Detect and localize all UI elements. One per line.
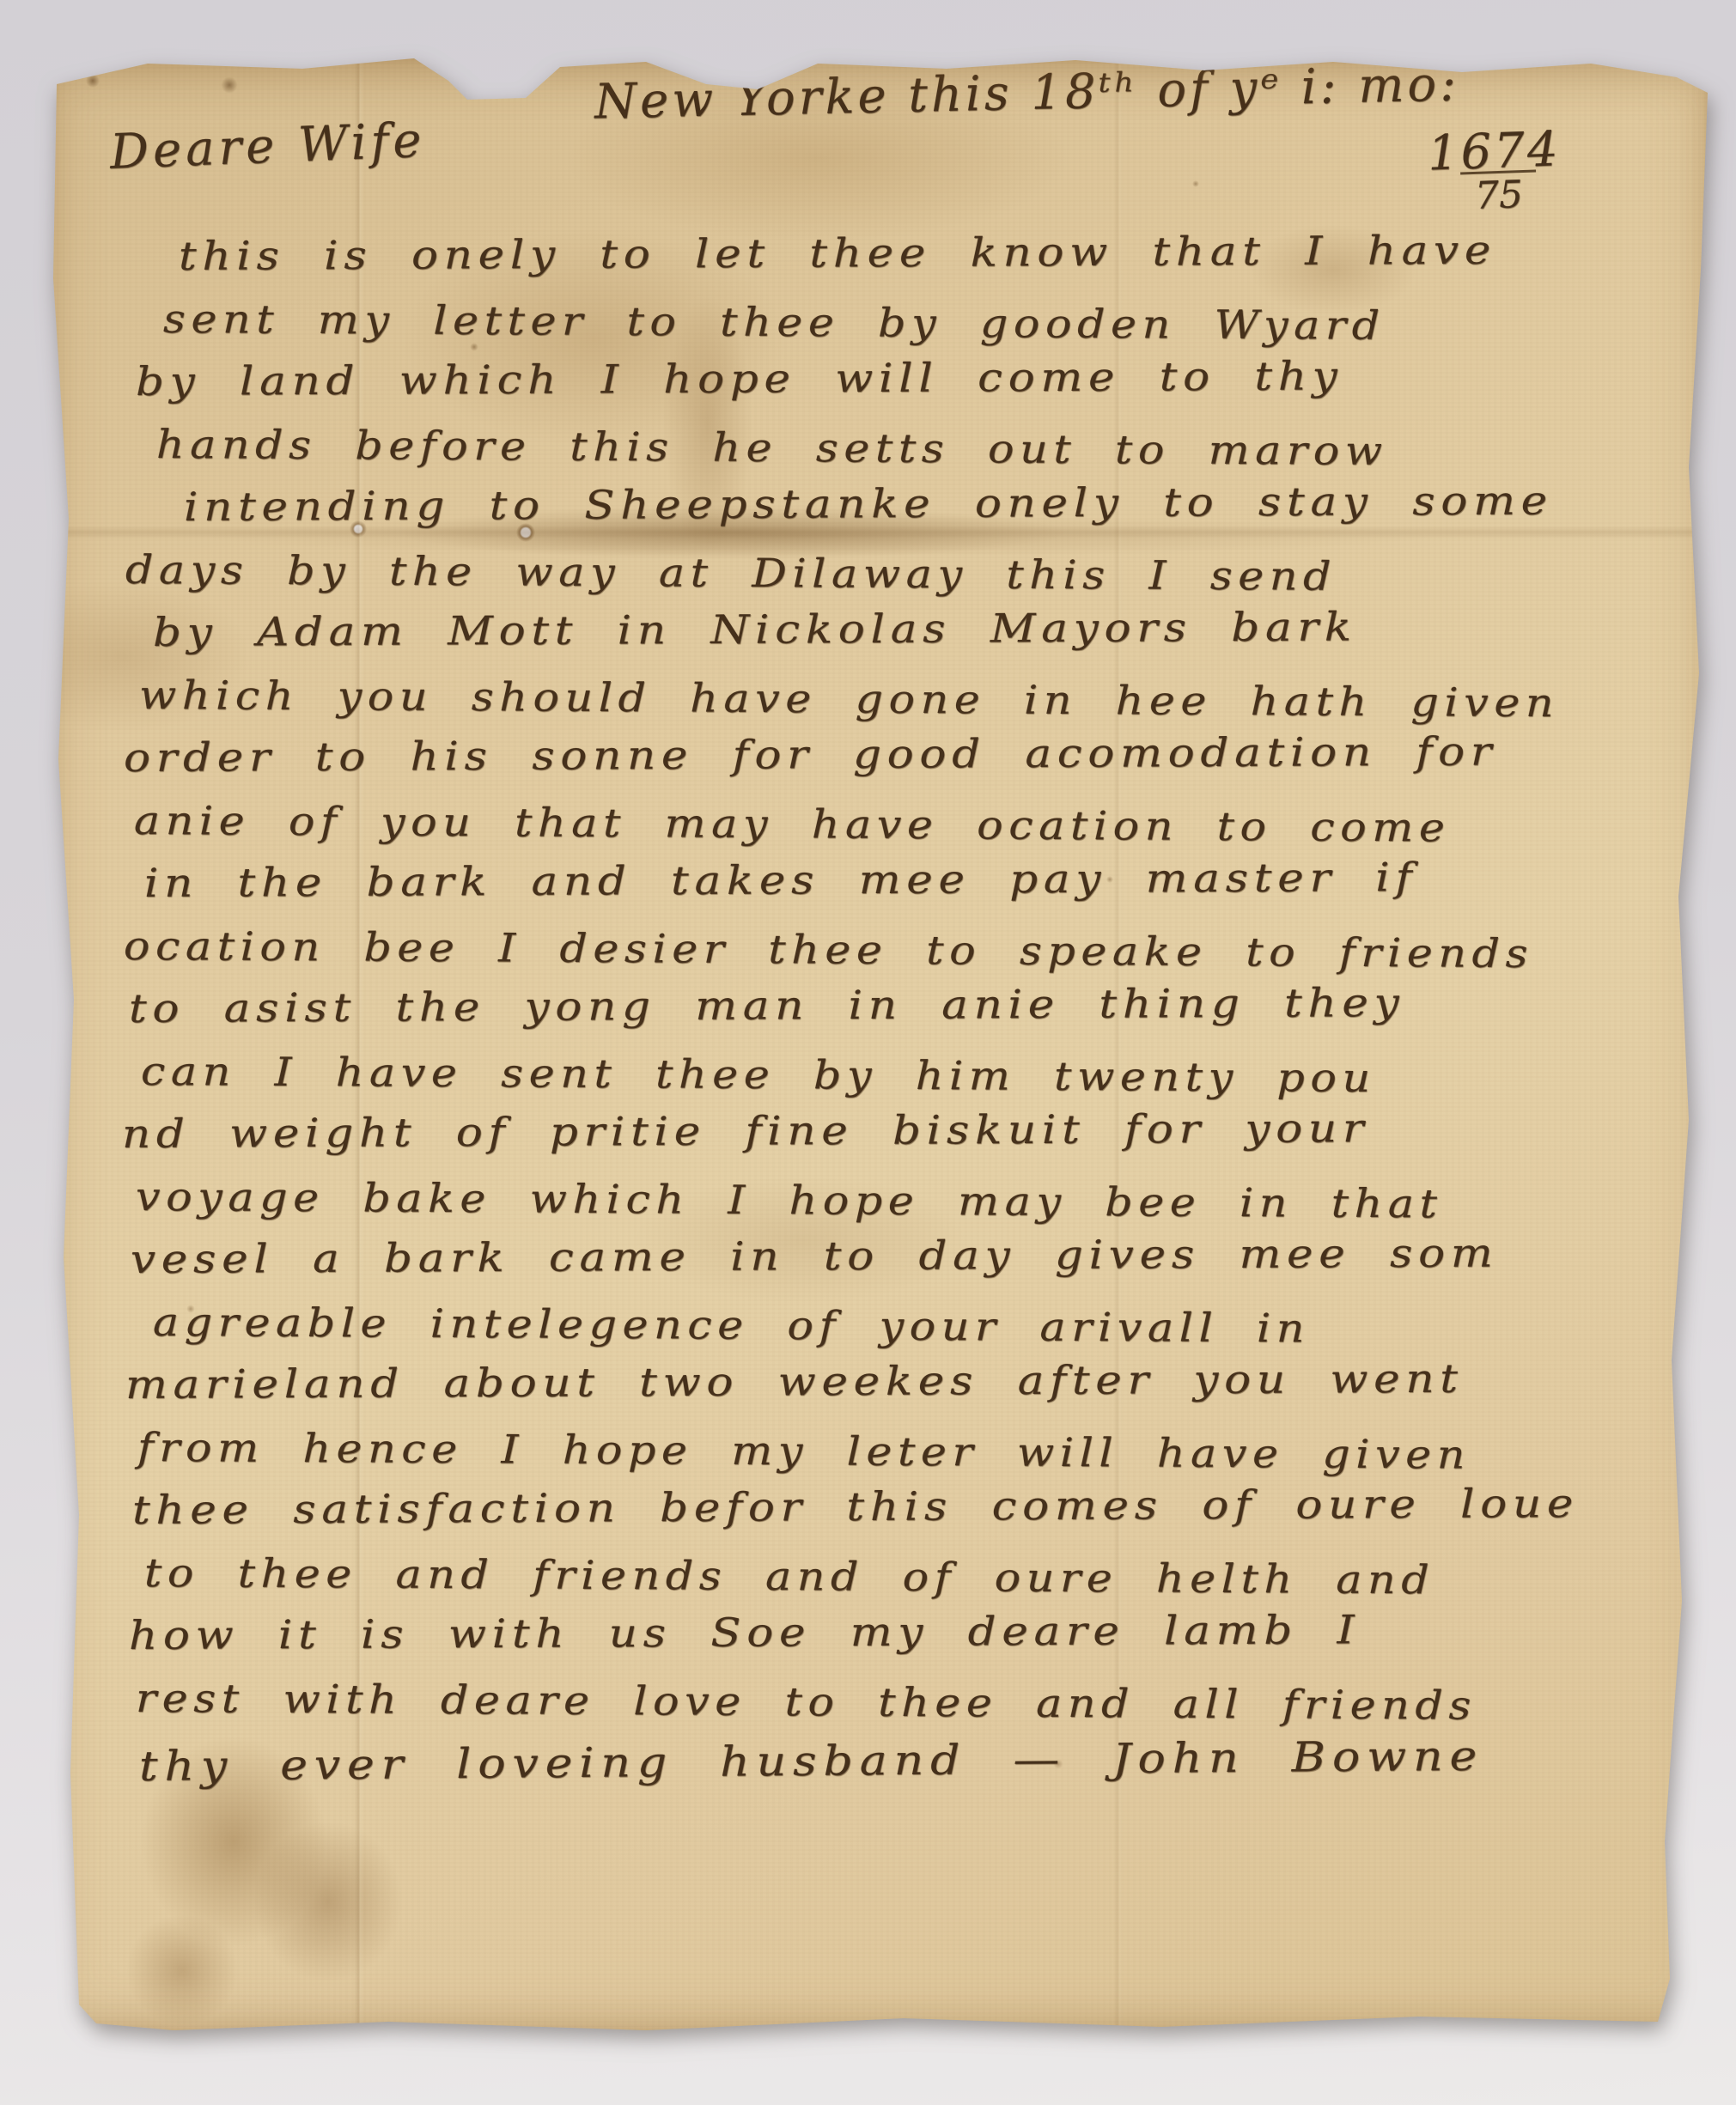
letter-line: vesel a bark came in to day gives mee so… (131, 1220, 1736, 1291)
letter-paper: New Yorke this 18ᵗʰ of yᵉ i: mo: 1674 75… (45, 55, 1711, 2035)
letter-line: thee satisfaction befor this comes of ou… (132, 1471, 1736, 1542)
letter-line: how it is with us Soe my deare lamb I (129, 1597, 1736, 1667)
year-bottom: 75 (1460, 169, 1538, 218)
letter-line: order to his sonne for good acomodation … (124, 719, 1736, 789)
letter-line: by Adam Mott in Nickolas Mayors bark (153, 593, 1736, 664)
scan-background: New Yorke this 18ᵗʰ of yᵉ i: mo: 1674 75… (0, 0, 1736, 2105)
letter-line: marieland about two weekes after you wen… (125, 1346, 1736, 1416)
year-fraction: 1674 75 (1428, 124, 1561, 217)
letter-line: nd weight of pritie fine biskuit for you… (122, 1095, 1736, 1165)
letter-line: in the bark and takes mee pay master if (144, 844, 1736, 915)
letter-line: to asist the yong man in anie thing they (129, 970, 1736, 1040)
letter-line: this is onely to let thee know that I ha… (179, 217, 1736, 288)
letter-line: intending to Sheepstanke onely to stay s… (184, 468, 1736, 538)
letter-body: this is onely to let thee know that I ha… (119, 225, 1673, 1800)
paper-shadow-wrap: New Yorke this 18ᵗʰ of yᵉ i: mo: 1674 75… (0, 0, 1736, 2105)
letter-line: by land which I hope will come to thy (136, 343, 1736, 413)
signature-line: thy ever loveing husband — John Bowne (139, 1719, 1736, 1800)
